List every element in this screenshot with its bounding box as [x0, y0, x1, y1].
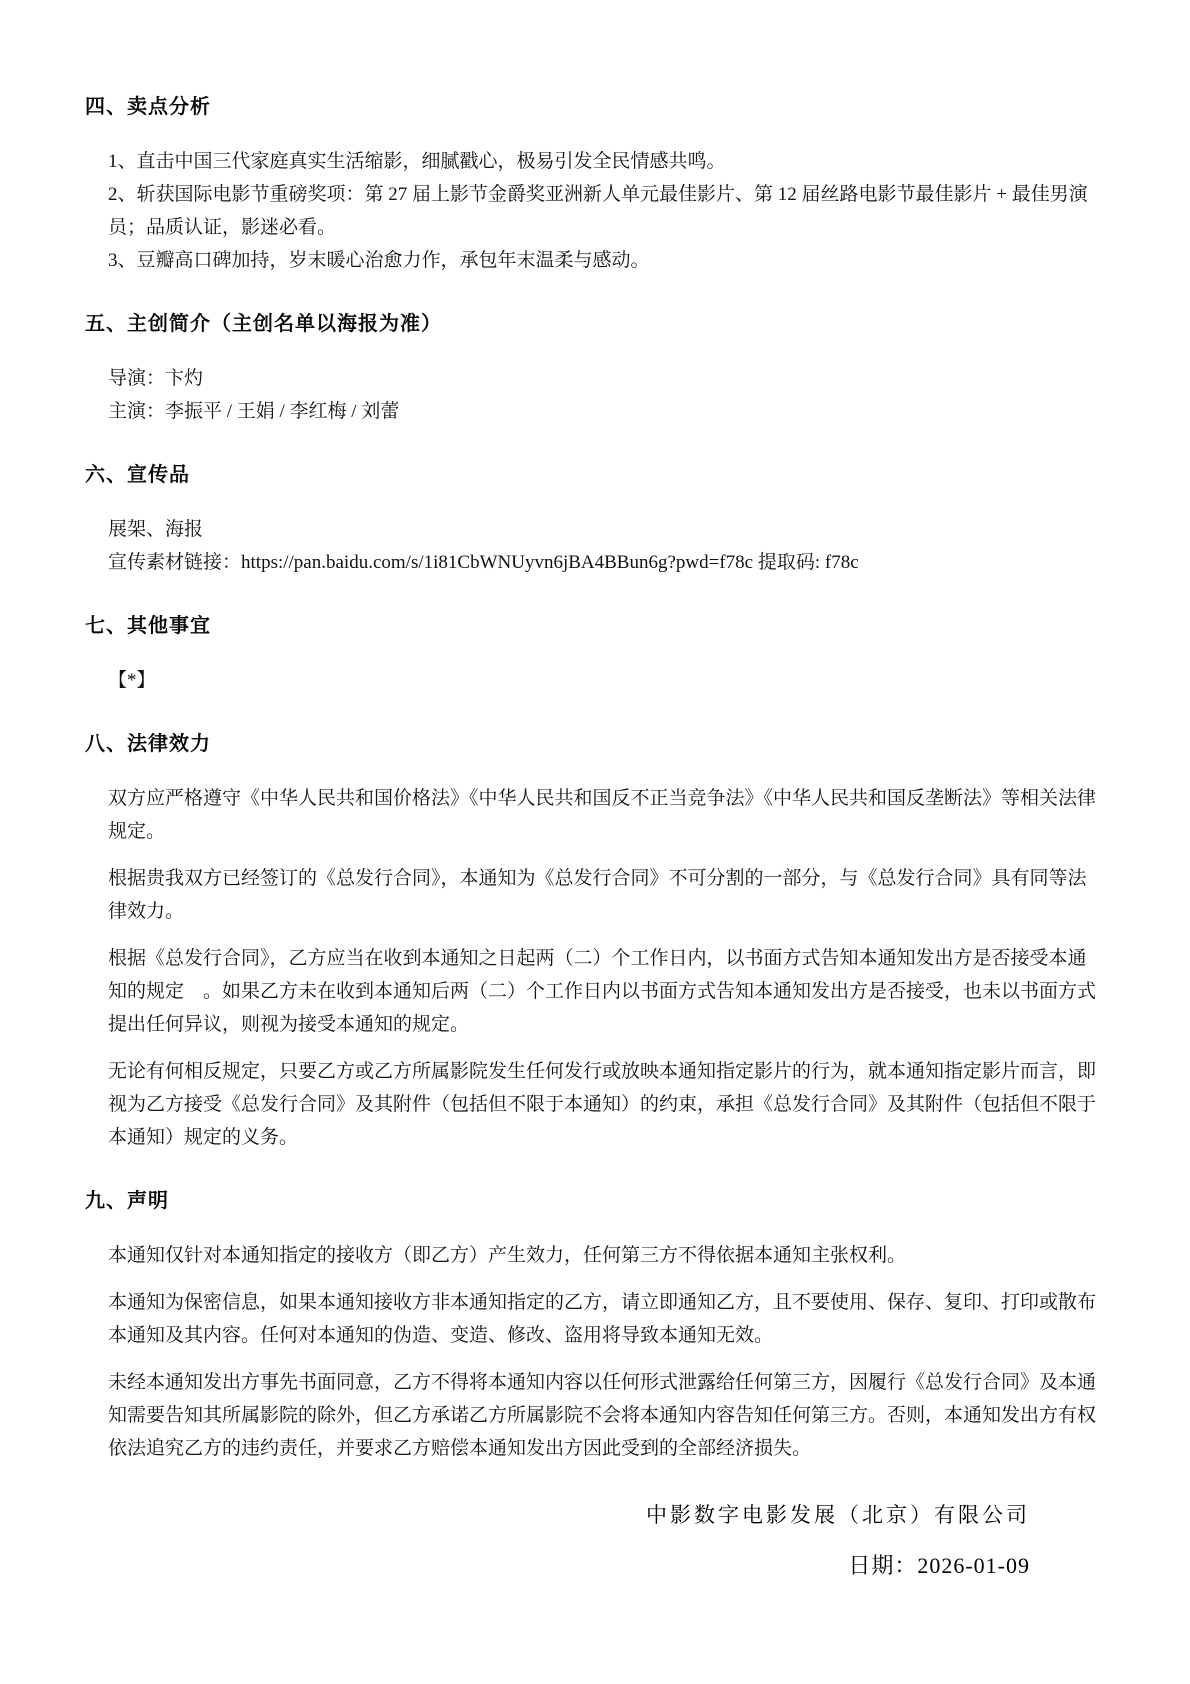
- section-declaration: 九、声明 本通知仅针对本通知指定的接收方（即乙方）产生效力，任何第三方不得依据本…: [85, 1188, 1105, 1465]
- section-legal-effect: 八、法律效力 双方应严格遵守《中华人民共和国价格法》《中华人民共和国反不正当竞争…: [85, 731, 1105, 1154]
- selling-point-item-1: 1、直击中国三代家庭真实生活缩影，细腻戳心，极易引发全民情感共鸣。: [108, 145, 1105, 178]
- declaration-paragraphs: 本通知仅针对本通知指定的接收方（即乙方）产生效力，任何第三方不得依据本通知主张权…: [85, 1239, 1105, 1465]
- promo-materials-list: 展架、海报 宣传素材链接：https://pan.baidu.com/s/1i8…: [85, 513, 1105, 579]
- section-heading-other-matters: 七、其他事宜: [85, 613, 1105, 640]
- legal-paragraph-3: 根据《总发行合同》，乙方应当在收到本通知之日起两（二）个工作日内，以书面方式告知…: [108, 942, 1105, 1041]
- section-heading-declaration: 九、声明: [85, 1188, 1105, 1215]
- selling-point-item-2: 2、斩获国际电影节重磅奖项：第 27 届上影节金爵奖亚洲新人单元最佳影片、第 1…: [108, 178, 1105, 244]
- section-main-creators: 五、主创简介（主创名单以海报为准） 导演：卞灼 主演：李振平 / 王娟 / 李红…: [85, 311, 1105, 428]
- director-line: 导演：卞灼: [108, 362, 1105, 395]
- baidu-pan-url[interactable]: https://pan.baidu.com/s/1i81CbWNUyvn6jBA…: [241, 552, 753, 573]
- creators-list: 导演：卞灼 主演：李振平 / 王娟 / 李红梅 / 刘蕾: [85, 362, 1105, 428]
- declaration-paragraph-1: 本通知仅针对本通知指定的接收方（即乙方）产生效力，任何第三方不得依据本通知主张权…: [108, 1239, 1105, 1272]
- section-heading-promo-materials: 六、宣传品: [85, 462, 1105, 489]
- section-heading-main-creators: 五、主创简介（主创名单以海报为准）: [85, 311, 1105, 338]
- section-promo-materials: 六、宣传品 展架、海报 宣传素材链接：https://pan.baidu.com…: [85, 462, 1105, 579]
- section-heading-selling-points: 四、卖点分析: [85, 94, 1105, 121]
- legal-effect-paragraphs: 双方应严格遵守《中华人民共和国价格法》《中华人民共和国反不正当竞争法》《中华人民…: [85, 782, 1105, 1154]
- declaration-paragraph-2: 本通知为保密信息，如果本通知接收方非本通知指定的乙方，请立即通知乙方，且不要使用…: [108, 1286, 1105, 1352]
- declaration-paragraph-3: 未经本通知发出方事先书面同意，乙方不得将本通知内容以任何形式泄露给任何第三方，因…: [108, 1366, 1105, 1465]
- legal-paragraph-1: 双方应严格遵守《中华人民共和国价格法》《中华人民共和国反不正当竞争法》《中华人民…: [108, 782, 1105, 848]
- other-matters-content: 【*】: [85, 664, 1105, 697]
- document-page: 四、卖点分析 1、直击中国三代家庭真实生活缩影，细腻戳心，极易引发全民情感共鸣。…: [0, 0, 1190, 1684]
- promo-items-line: 展架、海报: [108, 513, 1105, 546]
- legal-paragraph-4: 无论有何相反规定，只要乙方或乙方所属影院发生任何发行或放映本通知指定影片的行为，…: [108, 1055, 1105, 1154]
- legal-paragraph-2: 根据贵我双方已经签订的《总发行合同》，本通知为《总发行合同》不可分割的一部分，与…: [108, 862, 1105, 928]
- other-matters-placeholder: 【*】: [108, 664, 1105, 697]
- section-selling-points: 四、卖点分析 1、直击中国三代家庭真实生活缩影，细腻戳心，极易引发全民情感共鸣。…: [85, 94, 1105, 277]
- extraction-code: 提取码: f78c: [753, 552, 859, 573]
- material-link-line: 宣传素材链接：https://pan.baidu.com/s/1i81CbWNU…: [108, 546, 1105, 579]
- cast-line: 主演：李振平 / 王娟 / 李红梅 / 刘蕾: [108, 395, 1105, 428]
- selling-points-list: 1、直击中国三代家庭真实生活缩影，细腻戳心，极易引发全民情感共鸣。 2、斩获国际…: [85, 145, 1105, 277]
- company-name: 中影数字电影发展（北京）有限公司: [85, 1499, 1030, 1529]
- section-heading-legal-effect: 八、法律效力: [85, 731, 1105, 758]
- signature-block: 中影数字电影发展（北京）有限公司 日期：2026-01-09: [85, 1499, 1105, 1580]
- date-line: 日期：2026-01-09: [85, 1549, 1030, 1580]
- selling-point-item-3: 3、豆瓣高口碑加持，岁末暖心治愈力作，承包年末温柔与感动。: [108, 244, 1105, 277]
- material-link-label: 宣传素材链接：: [108, 552, 241, 573]
- section-other-matters: 七、其他事宜 【*】: [85, 613, 1105, 697]
